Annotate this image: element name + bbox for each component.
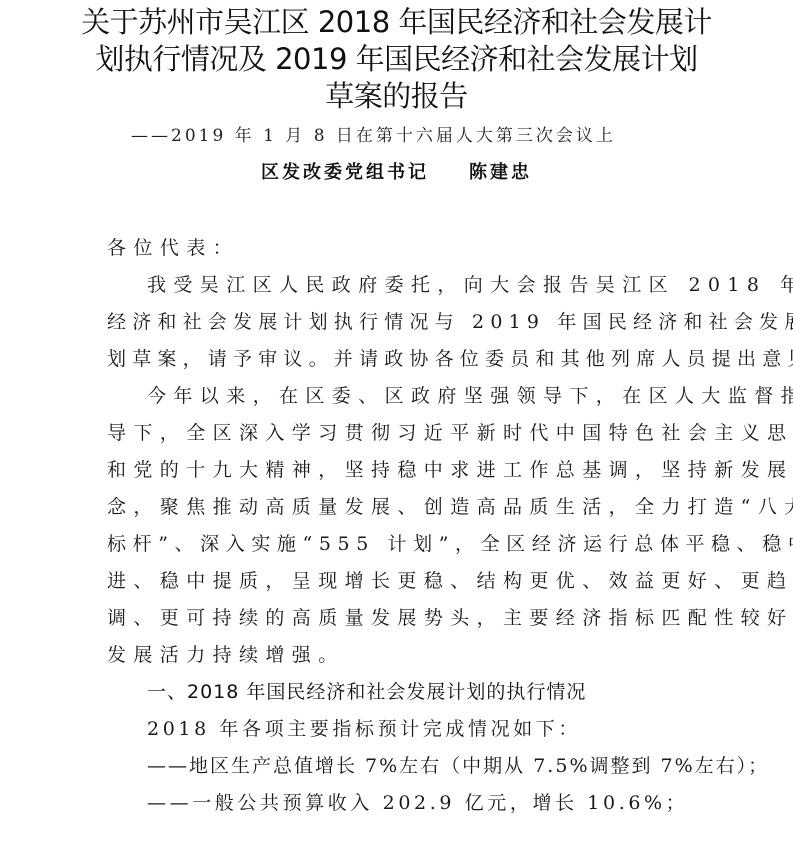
author-line: 区发改委党组书记陈建忠 — [261, 158, 532, 184]
section: 一、2018 年国民经济和社会发展计划的执行情况 2018 年各项主要指标预计完… — [107, 674, 697, 822]
paragraph-line: 念，聚焦推动高质量发展、创造高品质生活，全力打造“八大 — [107, 489, 697, 526]
salutation: 各位代表： — [107, 230, 697, 267]
salutation-text: 各位代表： — [107, 230, 697, 267]
paragraph-line: 调、更可持续的高质量发展势头，主要经济指标匹配性较好， — [107, 600, 697, 637]
document-subtitle: ——2019 年 1 月 8 日在第十六届人大第三次会议上 — [131, 121, 616, 146]
title-line: 草案的报告 — [0, 78, 793, 115]
paragraph-line: 发展活力持续增强。 — [107, 637, 697, 674]
paragraph: 今年以来，在区委、区政府坚强领导下，在区人大监督指 导下，全区深入学习贯彻习近平… — [107, 378, 697, 674]
indicator-item: ——地区生产总值增长 7%左右（中期从 7.5%调整到 7%左右）； — [107, 748, 697, 785]
title-line: 关于苏州市吴江区 2018 年国民经济和社会发展计 — [0, 4, 793, 41]
paragraph-line: 经济和社会发展计划执行情况与 2019 年国民经济和社会发展计 — [107, 304, 697, 341]
author-name: 陈建忠 — [469, 162, 532, 183]
paragraph-line: 进、稳中提质，呈现增长更稳、结构更优、效益更好、更趋协 — [107, 563, 697, 600]
document-body: 各位代表： 我受吴江区人民政府委托，向大会报告吴江区 2018 年国民 经济和社… — [107, 230, 697, 822]
document-title: 关于苏州市吴江区 2018 年国民经济和社会发展计 划执行情况及 2019 年国… — [0, 4, 793, 115]
author-position: 区发改委党组书记 — [261, 162, 429, 183]
paragraph-line: 我受吴江区人民政府委托，向大会报告吴江区 2018 年国民 — [107, 267, 697, 304]
indicator-item: ——一般公共预算收入 202.9 亿元，增长 10.6%； — [107, 785, 697, 822]
paragraph-line: 今年以来，在区委、区政府坚强领导下，在区人大监督指 — [107, 378, 697, 415]
paragraph-line: 导下，全区深入学习贯彻习近平新时代中国特色社会主义思想 — [107, 415, 697, 452]
paragraph-line: 划草案，请予审议。并请政协各位委员和其他列席人员提出意见。 — [107, 341, 697, 378]
title-line: 划执行情况及 2019 年国民经济和社会发展计划 — [0, 41, 793, 78]
section-heading: 一、2018 年国民经济和社会发展计划的执行情况 — [107, 674, 697, 711]
paragraph-line: 和党的十九大精神，坚持稳中求进工作总基调，坚持新发展理 — [107, 452, 697, 489]
paragraph: 我受吴江区人民政府委托，向大会报告吴江区 2018 年国民 经济和社会发展计划执… — [107, 267, 697, 378]
section-intro: 2018 年各项主要指标预计完成情况如下： — [107, 711, 697, 748]
paragraph-line: 标杆”、深入实施“555 计划”，全区经济运行总体平稳、稳中有 — [107, 526, 697, 563]
